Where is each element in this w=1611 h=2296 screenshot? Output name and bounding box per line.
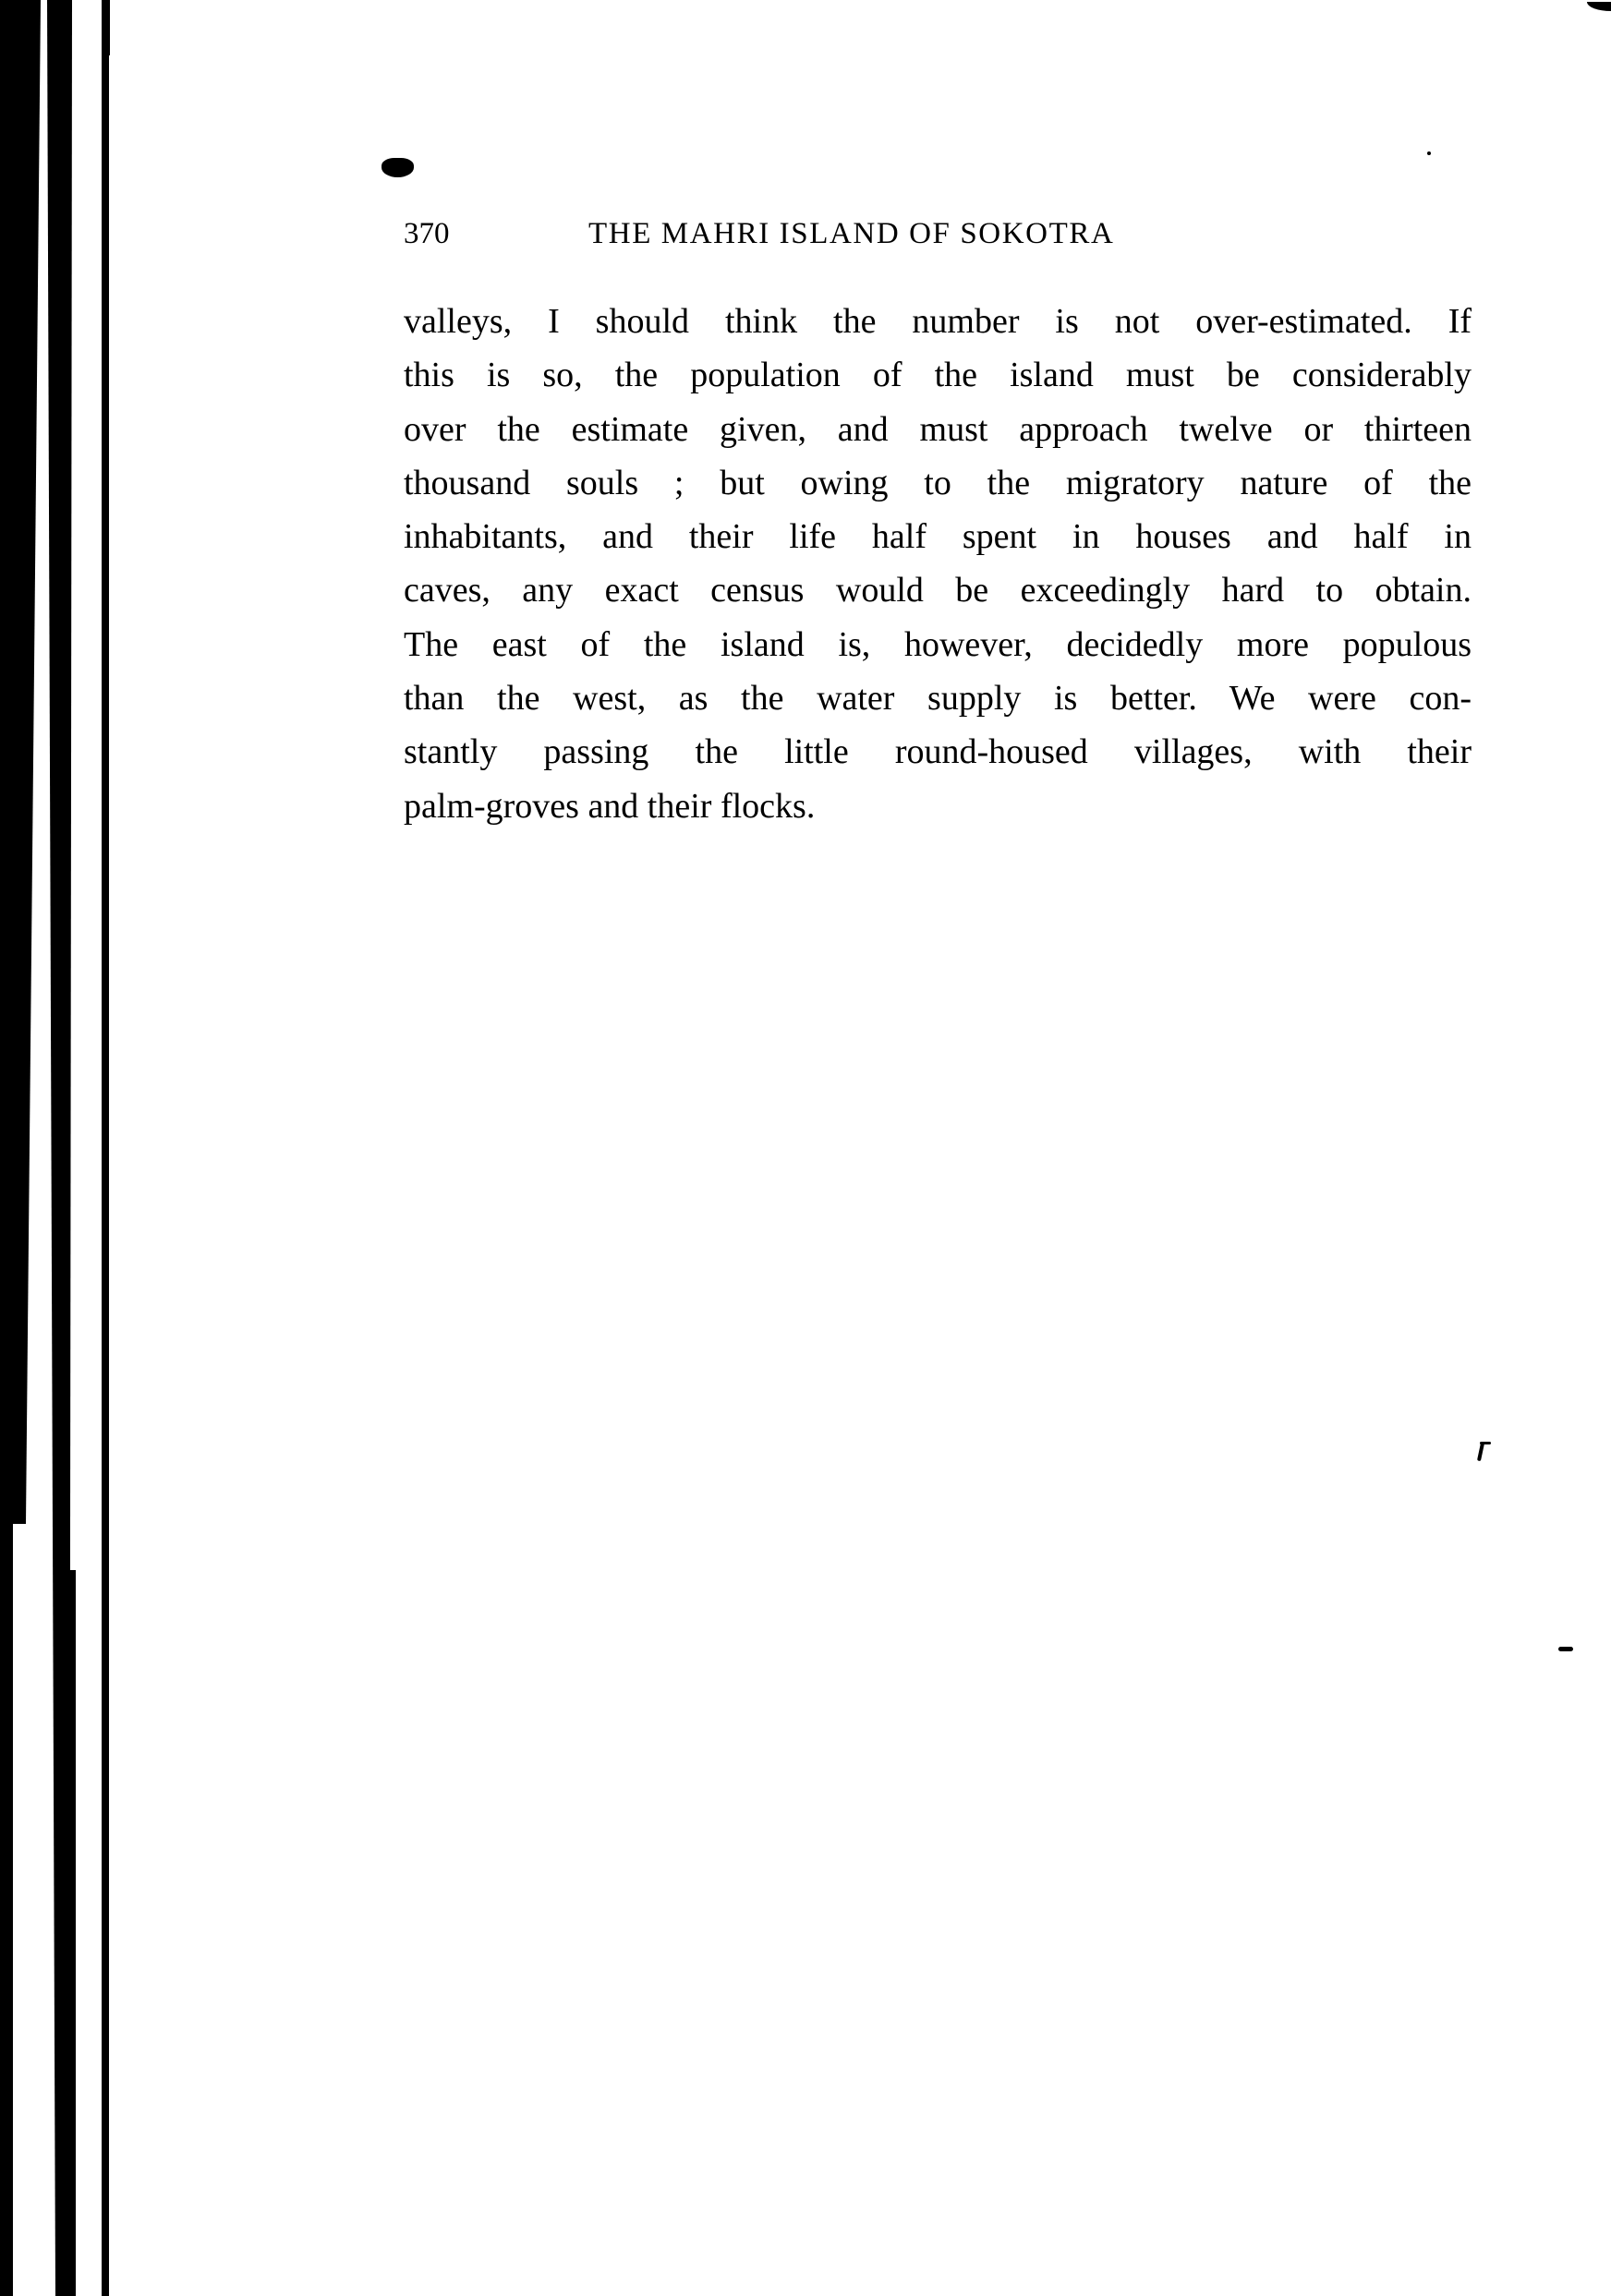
text-line: valleys, I should think the number is no… [404,295,1472,348]
ink-blot [382,158,414,177]
text-line: over the estimate given, and must approa… [404,403,1472,456]
text-line: stantly passing the little round-housed … [404,725,1472,779]
text-line: than the west, as the water supply is be… [404,671,1472,725]
text-line: caves, any exact census would be exceedi… [404,563,1472,617]
page-header: 370 THE MAHRI ISLAND OF SOKOTRA [404,218,1475,249]
stray-mark [1477,1443,1484,1461]
corner-mark [1587,2,1611,11]
text-line: The east of the island is, however, deci… [404,618,1472,671]
text-line: this is so, the population of the island… [404,348,1472,402]
text-line: inhabitants, and their life half spent i… [404,510,1472,563]
text-line-last: palm-groves and their flocks. [404,779,1472,833]
stray-mark-top [1480,1442,1491,1444]
ink-speck [1427,151,1431,155]
book-binding-shadow [0,0,125,2296]
body-paragraph: valleys, I should think the number is no… [404,295,1472,833]
stray-dash [1558,1647,1573,1651]
page-number: 370 [404,218,450,249]
text-line: thousand souls ; but owing to the migrat… [404,456,1472,510]
running-title: THE MAHRI ISLAND OF SOKOTRA [588,218,1114,249]
